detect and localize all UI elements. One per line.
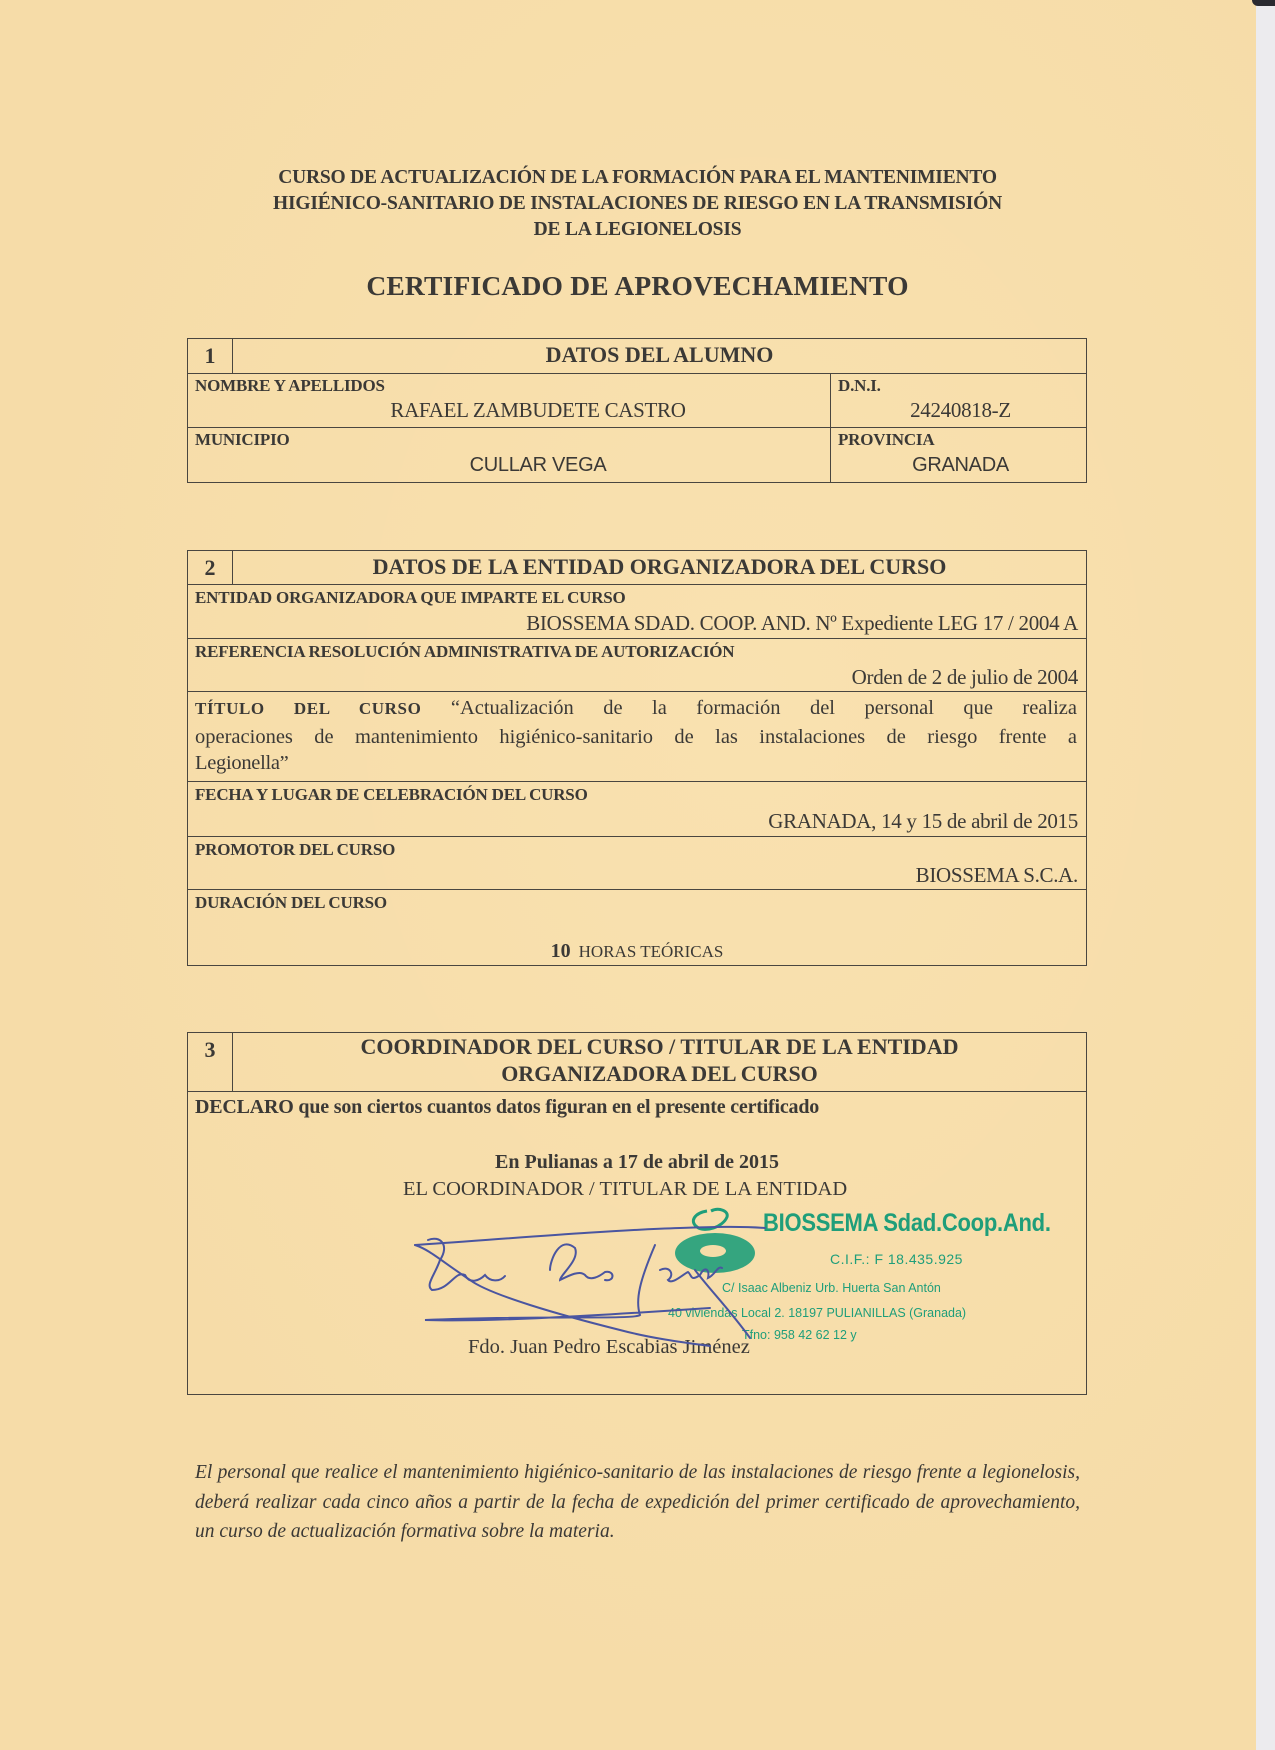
duracion-unit: HORAS TEÓRICAS <box>579 942 724 961</box>
row-fecha: FECHA Y LUGAR DE CELEBRACIÓN DEL CURSO G… <box>188 781 1086 836</box>
name-value: RAFAEL ZAMBUDETE CASTRO <box>328 398 748 423</box>
titulo-value-line-1: “Actualización de la formación del perso… <box>451 697 1077 719</box>
section-number: 1 <box>188 339 233 373</box>
row-municipio-provincia: MUNICIPIO CULLAR VEGA PROVINCIA GRANADA <box>188 427 1086 482</box>
titulo-value-line-3: Legionella” <box>195 752 288 775</box>
section3-header: 3 COORDINADOR DEL CURSO / TITULAR DE LA … <box>188 1033 1086 1091</box>
duracion-hours: 10 <box>551 940 571 962</box>
place-date: En Pulianas a 17 de abril de 2015 <box>188 1151 1086 1174</box>
course-heading-line-2: HIGIÉNICO-SANITARIO DE INSTALACIONES DE … <box>150 191 1125 217</box>
name-label: NOMBRE Y APELLIDOS <box>195 376 385 396</box>
municipio-label: MUNICIPIO <box>195 430 290 450</box>
handwritten-signature-icon <box>410 1220 770 1350</box>
titulo-line-1: TÍTULO DEL CURSO “Actualización de la fo… <box>195 694 1077 723</box>
referencia-label: REFERENCIA RESOLUCIÓN ADMINISTRATIVA DE … <box>195 642 734 662</box>
divider <box>830 428 831 482</box>
course-heading-line-1: CURSO DE ACTUALIZACIÓN DE LA FORMACIÓN P… <box>150 165 1125 191</box>
stamp-cif: C.I.F.: F 18.435.925 <box>830 1251 963 1267</box>
scan-edge-corner <box>1252 0 1275 6</box>
municipio-value: CULLAR VEGA <box>328 454 748 477</box>
section-title: DATOS DEL ALUMNO <box>233 342 1086 368</box>
entidad-label: ENTIDAD ORGANIZADORA QUE IMPARTE EL CURS… <box>195 588 626 608</box>
section-number: 3 <box>188 1033 233 1091</box>
provincia-value: GRANADA <box>838 454 1083 477</box>
section-student-data: 1 DATOS DEL ALUMNO NOMBRE Y APELLIDOS RA… <box>187 338 1087 483</box>
footnote: El personal que realice el mantenimiento… <box>195 1458 1080 1547</box>
section2-header: 2 DATOS DE LA ENTIDAD ORGANIZADORA DEL C… <box>188 551 1086 584</box>
fecha-value: GRANADA, 14 y 15 de abril de 2015 <box>768 809 1078 834</box>
divider <box>830 374 831 427</box>
provincia-label: PROVINCIA <box>838 430 934 450</box>
section-title: DATOS DE LA ENTIDAD ORGANIZADORA DEL CUR… <box>233 554 1086 580</box>
row-entidad: ENTIDAD ORGANIZADORA QUE IMPARTE EL CURS… <box>188 584 1086 638</box>
stamp-company-name: BIOSSEMA Sdad.Coop.And. <box>763 1209 1051 1238</box>
section-title-line-2: ORGANIZADORA DEL CURSO <box>233 1061 1086 1087</box>
duracion-label: DURACIÓN DEL CURSO <box>195 893 387 913</box>
section-title-line-1: COORDINADOR DEL CURSO / TITULAR DE LA EN… <box>233 1034 1086 1060</box>
declaration-text: DECLARO que son ciertos cuantos datos fi… <box>195 1096 819 1119</box>
promotor-label: PROMOTOR DEL CURSO <box>195 840 395 860</box>
duracion-value: 10 HORAS TEÓRICAS <box>188 940 1086 963</box>
promotor-value: BIOSSEMA S.C.A. <box>916 863 1078 888</box>
certificate-title: CERTIFICADO DE APROVECHAMIENTO <box>150 270 1125 302</box>
row-name-dni: NOMBRE Y APELLIDOS RAFAEL ZAMBUDETE CAST… <box>188 373 1086 427</box>
signer-role: EL COORDINADOR / TITULAR DE LA ENTIDAD <box>403 1178 847 1201</box>
course-heading-line-3: DE LA LEGIONELOSIS <box>150 217 1125 243</box>
entidad-value: BIOSSEMA SDAD. COOP. AND. Nº Expediente … <box>526 611 1078 636</box>
section1-header: 1 DATOS DEL ALUMNO <box>188 339 1086 373</box>
fecha-label: FECHA Y LUGAR DE CELEBRACIÓN DEL CURSO <box>195 785 588 805</box>
dni-value: 24240818-Z <box>838 398 1083 423</box>
row-promotor: PROMOTOR DEL CURSO BIOSSEMA S.C.A. <box>188 836 1086 889</box>
scan-edge <box>1256 0 1275 1750</box>
row-referencia: REFERENCIA RESOLUCIÓN ADMINISTRATIVA DE … <box>188 638 1086 691</box>
row-titulo: TÍTULO DEL CURSO “Actualización de la fo… <box>188 691 1086 781</box>
titulo-value-line-2: operaciones de mantenimiento higiénico-s… <box>195 723 1077 752</box>
row-duracion: DURACIÓN DEL CURSO 10 HORAS TEÓRICAS <box>188 889 1086 965</box>
section-organizer-data: 2 DATOS DE LA ENTIDAD ORGANIZADORA DEL C… <box>187 550 1087 966</box>
referencia-value: Orden de 2 de julio de 2004 <box>852 665 1078 690</box>
titulo-label: TÍTULO DEL CURSO <box>195 699 421 718</box>
section-number: 2 <box>188 551 233 584</box>
dni-label: D.N.I. <box>838 376 881 396</box>
